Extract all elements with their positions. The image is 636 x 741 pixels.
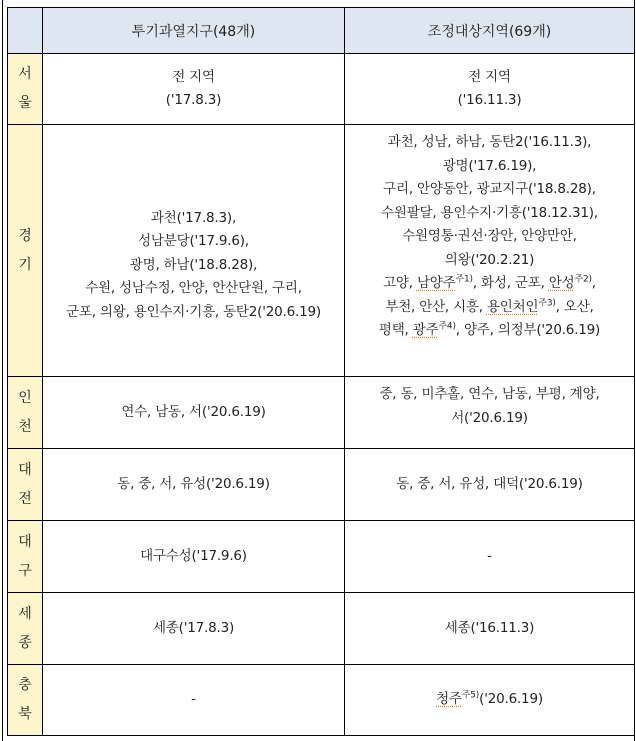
region-label-chungbuk: 충 북 <box>8 665 43 736</box>
incheon-adjustment-cell: 중, 동, 미추홀, 연수, 남동, 부평, 계양, 서('20.6.19) <box>345 377 635 449</box>
spellcheck-underlined-text: 청주 <box>436 691 462 707</box>
daegu-adjustment-cell: - <box>345 521 635 593</box>
region-label-daegu: 대 구 <box>8 521 43 593</box>
spellcheck-underlined-text: 남양주 <box>417 275 456 291</box>
gyeonggi-2020-line-2: 부천, 안산, 시흥, 용인처인주3), 오산, <box>345 296 634 320</box>
table-row-chungbuk: 충 북 - 청주주5)('20.6.19) <box>8 665 635 736</box>
seoul-adjustment-cell: 전 지역 ('16.11.3) <box>345 54 635 125</box>
gyeonggi-adjustment-cell: 과천, 성남, 하남, 동탄2('16.11.3), 광명('17.6.19),… <box>345 125 635 377</box>
spellcheck-underlined-text: 안성 <box>549 275 575 291</box>
footnote-marker: 주5) <box>462 691 479 701</box>
chungbuk-adjustment-cell: 청주주5)('20.6.19) <box>345 665 635 736</box>
incheon-speculative-cell: 연수, 남동, 서('20.6.19) <box>43 377 345 449</box>
gyeonggi-speculative-cell: 과천('17.8.3), 성남분당('17.9.6), 광명, 하남('18.8… <box>43 125 345 377</box>
footnote-marker: 주2) <box>574 275 591 285</box>
table-row-daejeon: 대 전 동, 중, 서, 유성('20.6.19) 동, 중, 서, 유성, 대… <box>8 449 635 521</box>
footnote-marker: 주1) <box>456 275 473 285</box>
header-adjustment-area: 조정대상지역(69개) <box>345 8 635 54</box>
gyeonggi-2020-line-1: 고양, 남양주주1), 화성, 군포, 안성주2), <box>345 272 634 296</box>
gyeonggi-2020-line-3: 평택, 광주주4), 양주, 의정부('20.6.19) <box>345 319 634 343</box>
table-row-sejong: 세 종 세종('17.8.3) 세종('16.11.3) <box>8 593 635 665</box>
sejong-speculative-cell: 세종('17.8.3) <box>43 593 345 665</box>
footnote-marker: 주4) <box>438 322 455 332</box>
footnote-marker: 주3) <box>538 298 555 308</box>
table-row-seoul: 서 울 전 지역 ('17.8.3) 전 지역 ('16.11.3) <box>8 54 635 125</box>
table-row-gyeonggi: 경 기 과천('17.8.3), 성남분당('17.9.6), 광명, 하남('… <box>8 125 635 377</box>
sejong-adjustment-cell: 세종('16.11.3) <box>345 593 635 665</box>
region-label-seoul: 서 울 <box>8 54 43 125</box>
regulated-areas-table: 투기과열지구(48개) 조정대상지역(69개) 서 울 전 지역 ('17.8.… <box>7 7 635 736</box>
seoul-speculative-cell: 전 지역 ('17.8.3) <box>43 54 345 125</box>
region-label-incheon: 인 천 <box>8 377 43 449</box>
daegu-speculative-cell: 대구수성('17.9.6) <box>43 521 345 593</box>
spellcheck-underlined-text: 광주 <box>413 322 439 338</box>
frame-left-border <box>2 0 3 741</box>
daejeon-adjustment-cell: 동, 중, 서, 유성, 대덕('20.6.19) <box>345 449 635 521</box>
spellcheck-underlined-text: 용인처인 <box>487 299 538 315</box>
header-speculative-zone: 투기과열지구(48개) <box>43 8 345 54</box>
table-row-daegu: 대 구 대구수성('17.9.6) - <box>8 521 635 593</box>
table-row-incheon: 인 천 연수, 남동, 서('20.6.19) 중, 동, 미추홀, 연수, 남… <box>8 377 635 449</box>
region-label-sejong: 세 종 <box>8 593 43 665</box>
region-label-daejeon: 대 전 <box>8 449 43 521</box>
header-corner-cell <box>8 8 43 54</box>
daejeon-speculative-cell: 동, 중, 서, 유성('20.6.19) <box>43 449 345 521</box>
region-label-gyeonggi: 경 기 <box>8 125 43 377</box>
chungbuk-speculative-cell: - <box>43 665 345 736</box>
header-row: 투기과열지구(48개) 조정대상지역(69개) <box>8 8 635 54</box>
